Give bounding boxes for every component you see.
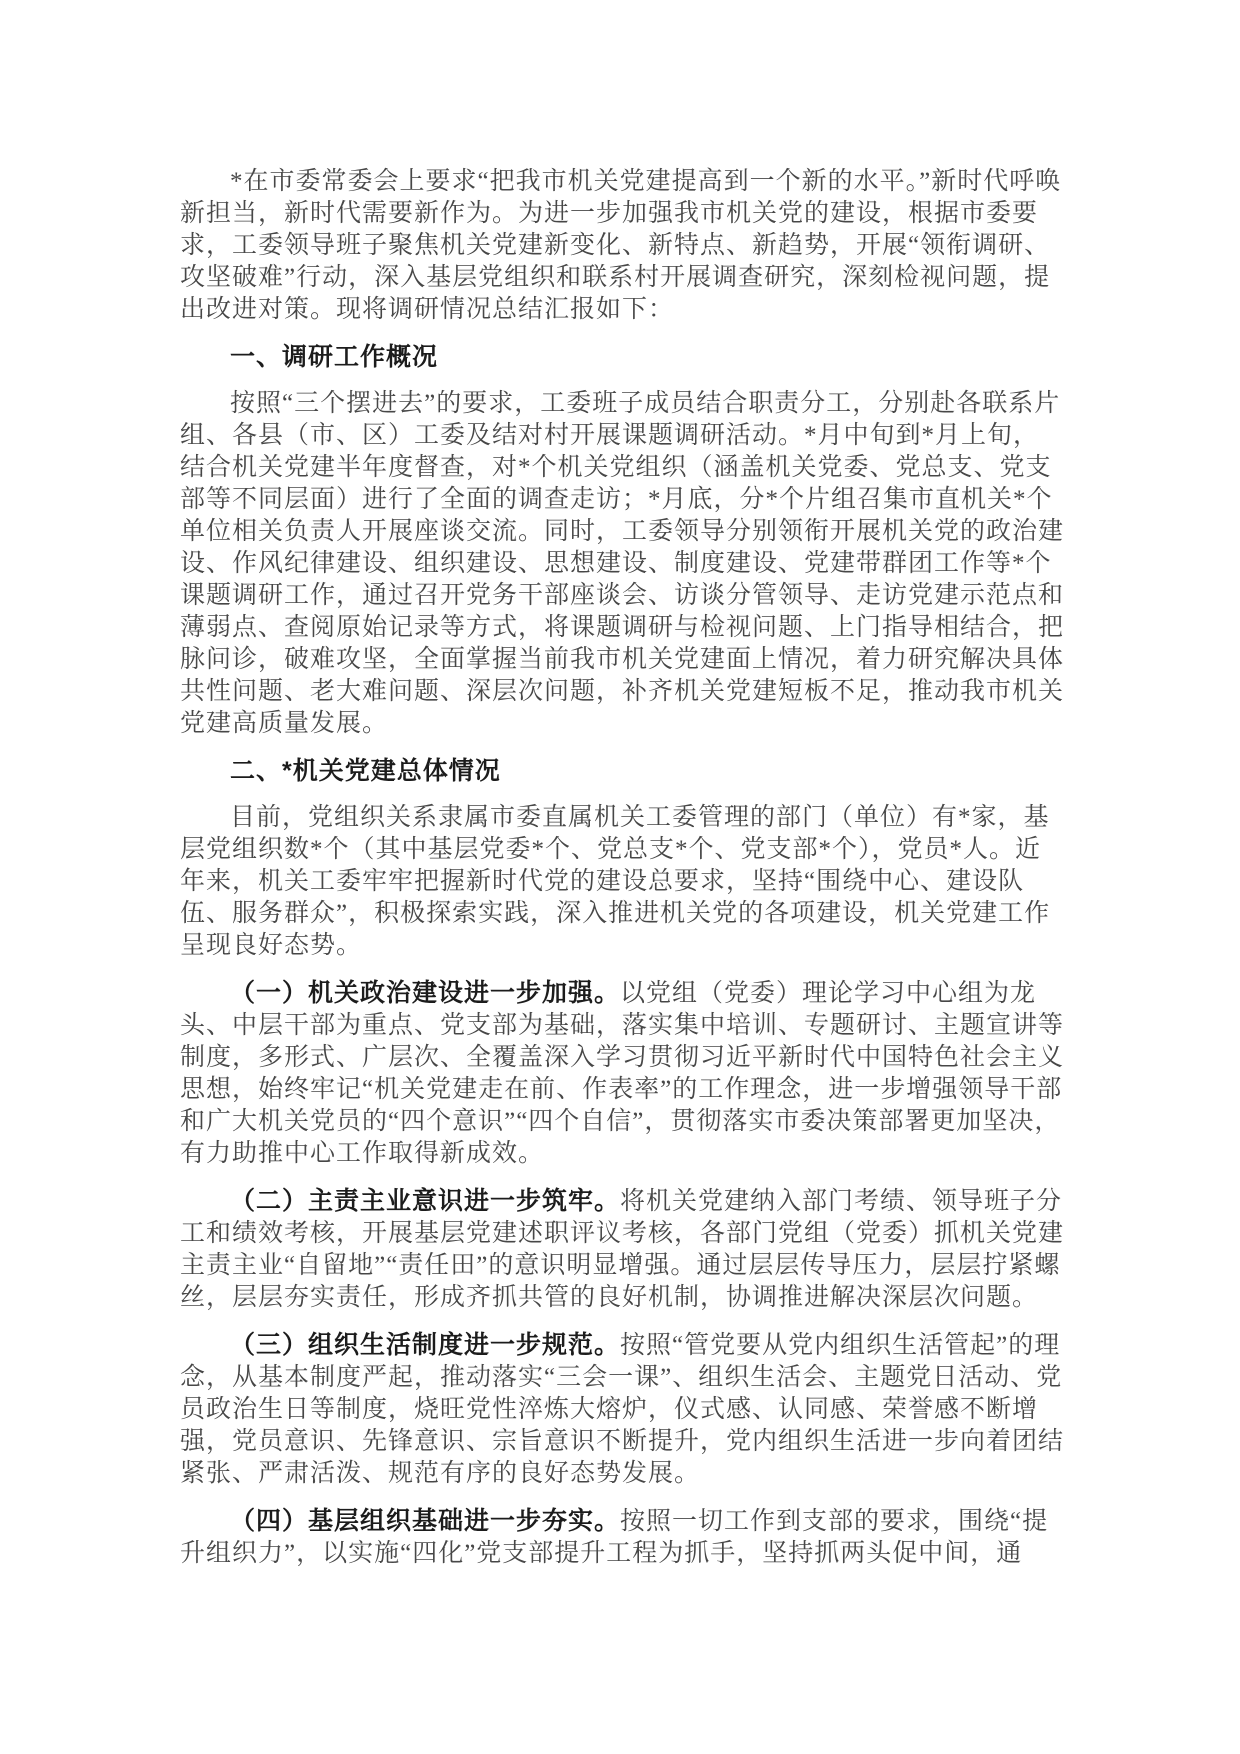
paragraph-survey-overview-text: 按照“三个摆进去”的要求，工委班子成员结合职责分工，分别赴各联系片组、各县（市、… bbox=[180, 390, 1064, 737]
paragraph-point-2: （二）主责主业意识进一步筑牢。将机关党建纳入部门考绩、领导班子分工和绩效考核，开… bbox=[180, 1185, 1064, 1314]
paragraph-point-3-lead: （三）组织生活制度进一步规范。 bbox=[230, 1331, 620, 1359]
paragraph-point-4: （四）基层组织基础进一步夯实。按照一切工作到支部的要求，围绕“提升组织力”，以实… bbox=[180, 1505, 1064, 1570]
paragraph-point-1: （一）机关政治建设进一步加强。以党组（党委）理论学习中心组为龙头、中层干部为重点… bbox=[180, 977, 1064, 1170]
paragraph-intro-text: *在市委常委会上要求“把我市机关党建提高到一个新的水平。”新时代呼唤新担当，新时… bbox=[180, 168, 1061, 323]
section-heading-2-text: 二、*机关党建总体情况 bbox=[230, 757, 501, 785]
paragraph-point-3: （三）组织生活制度进一步规范。按照“管党要从党内组织生活管起”的理念，从基本制度… bbox=[180, 1329, 1064, 1490]
document-page: *在市委常委会上要求“把我市机关党建提高到一个新的水平。”新时代呼唤新担当，新时… bbox=[180, 166, 1064, 1585]
paragraph-overall-status: 目前，党组织关系隶属市委直属机关工委管理的部门（单位）有*家，基层党组织数*个（… bbox=[180, 802, 1064, 962]
paragraph-point-1-lead: （一）机关政治建设进一步加强。 bbox=[230, 979, 620, 1007]
paragraph-overall-status-text: 目前，党组织关系隶属市委直属机关工委管理的部门（单位）有*家，基层党组织数*个（… bbox=[180, 804, 1050, 959]
section-heading-1-text: 一、调研工作概况 bbox=[230, 343, 438, 371]
paragraph-point-4-lead: （四）基层组织基础进一步夯实。 bbox=[230, 1507, 620, 1535]
section-heading-1: 一、调研工作概况 bbox=[180, 341, 1064, 373]
paragraph-point-1-text: 以党组（党委）理论学习中心组为龙头、中层干部为重点、党支部为基础，落实集中培训、… bbox=[180, 980, 1064, 1167]
paragraph-point-2-lead: （二）主责主业意识进一步筑牢。 bbox=[230, 1187, 620, 1215]
paragraph-survey-overview: 按照“三个摆进去”的要求，工委班子成员结合职责分工，分别赴各联系片组、各县（市、… bbox=[180, 388, 1064, 740]
paragraph-intro: *在市委常委会上要求“把我市机关党建提高到一个新的水平。”新时代呼唤新担当，新时… bbox=[180, 166, 1064, 326]
section-heading-2: 二、*机关党建总体情况 bbox=[180, 755, 1064, 787]
